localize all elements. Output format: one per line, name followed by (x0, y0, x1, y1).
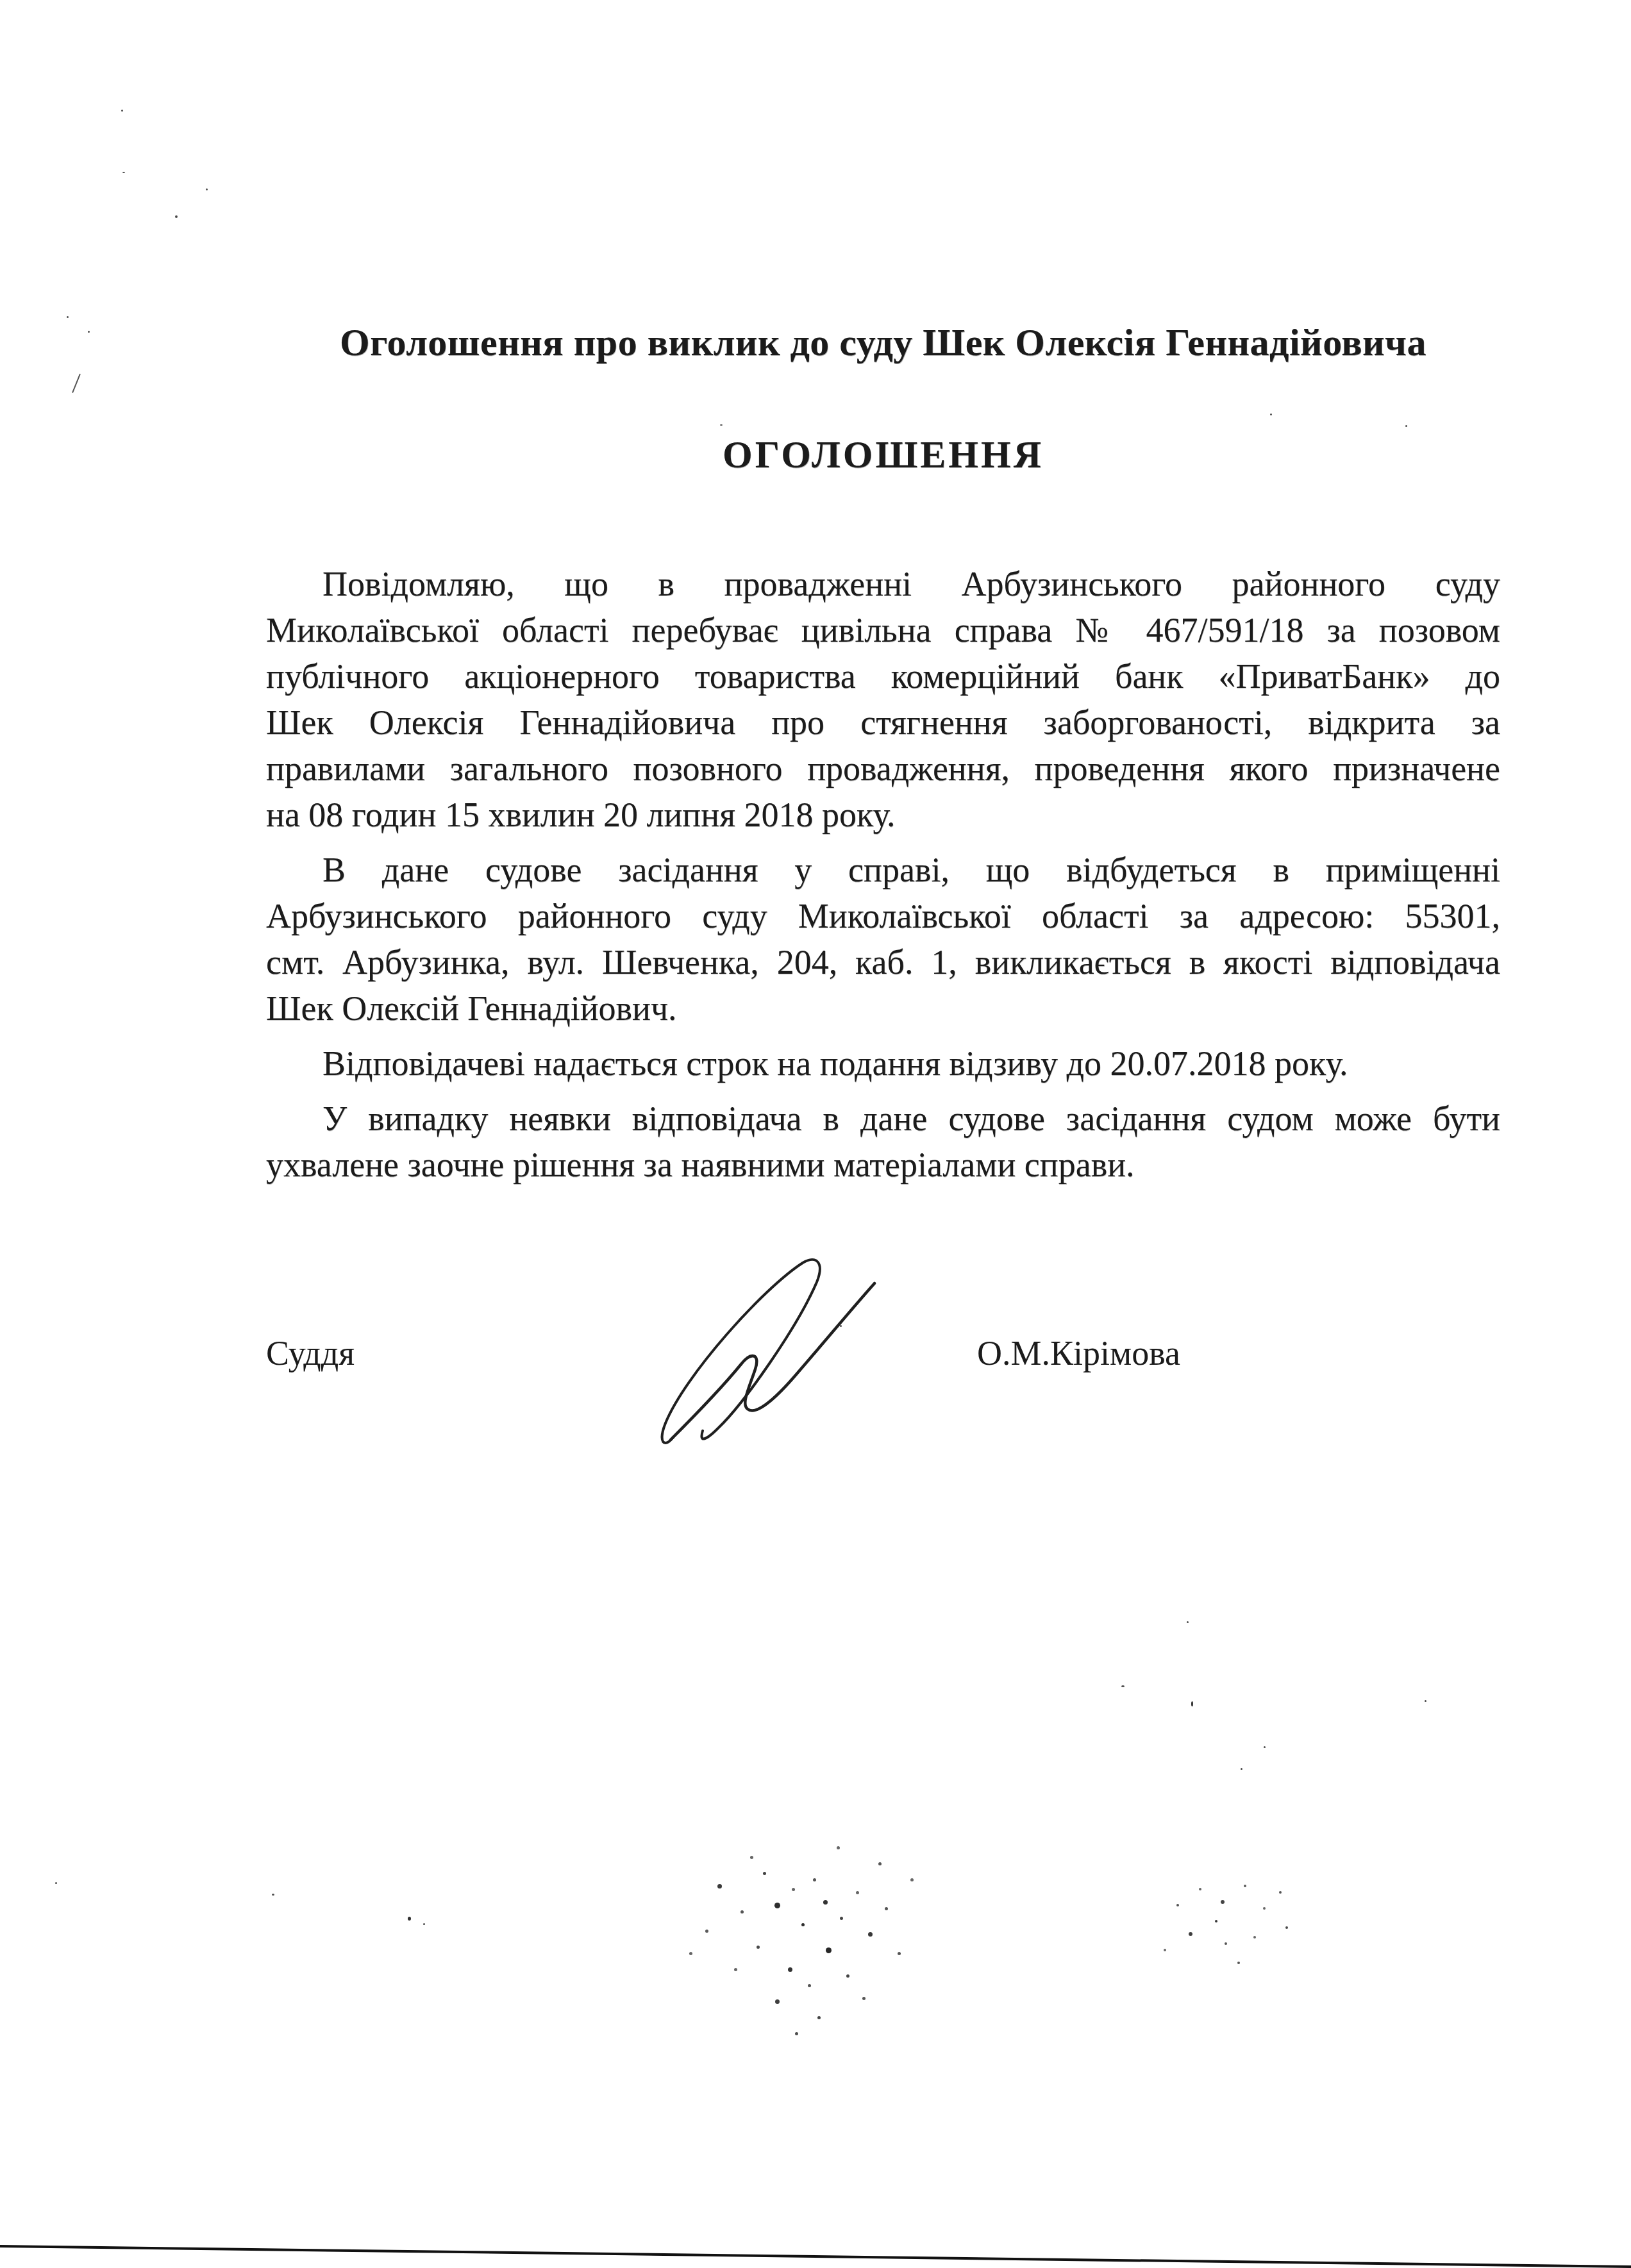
paragraph: В дане судове засідання у справі, що від… (266, 847, 1500, 1031)
scan-speck (1187, 1621, 1189, 1623)
text-line: ухвалене заочне рішення за наявними мате… (266, 1142, 1500, 1188)
judge-role-label: Суддя (266, 1330, 355, 1376)
scan-speck (840, 1325, 842, 1327)
text-line: Відповідачеві надається строк на подання… (266, 1040, 1500, 1087)
document-title: Оголошення про виклик до суду Шек Олексі… (266, 319, 1500, 365)
scan-speck (122, 172, 125, 173)
paragraph: Відповідачеві надається строк на подання… (266, 1040, 1500, 1087)
scanned-court-document: Оголошення про виклик до суду Шек Олексі… (0, 0, 1631, 2268)
text-line: У випадку неявки відповідача в дане судо… (266, 1096, 1500, 1142)
paragraph: Повідомляю, що в провадженні Арбузинсько… (266, 561, 1500, 838)
scan-speck (1241, 1768, 1242, 1770)
scan-speck (1121, 1685, 1125, 1687)
document-text-column: Оголошення про виклик до суду Шек Олексі… (266, 319, 1500, 1376)
scan-speck (408, 1917, 411, 1921)
scan-speck (67, 316, 69, 318)
scan-speck (175, 215, 178, 218)
scan-speck (121, 110, 123, 112)
document-heading: ОГОЛОШЕННЯ (266, 431, 1500, 478)
text-line: Повідомляю, що в провадженні Арбузинсько… (266, 561, 1500, 607)
scan-speck (88, 331, 90, 333)
scan-speck (1425, 1700, 1426, 1702)
scan-speck (423, 1923, 425, 1925)
document-body: Повідомляю, що в провадженні Арбузинсько… (266, 561, 1500, 1188)
text-line: Шек Олексій Геннадійович. (266, 985, 1500, 1031)
scan-smudge-cluster (801, 1923, 805, 1926)
scan-speck (1191, 1701, 1193, 1706)
scan-speck (1270, 413, 1272, 415)
scan-speck (720, 424, 723, 426)
paragraph: У випадку неявки відповідача в дане судо… (266, 1096, 1500, 1188)
scan-speck (1264, 1746, 1266, 1748)
text-line: В дане судове засідання у справі, що від… (266, 847, 1500, 893)
scan-speck (272, 1894, 274, 1896)
text-line: Арбузинського районного суду Миколаївськ… (266, 893, 1500, 939)
text-line: Миколаївської області перебуває цивільна… (266, 607, 1500, 653)
judge-name: О.М.Кірімова (977, 1330, 1180, 1376)
text-line: правилами загального позовного проваджен… (266, 746, 1500, 792)
text-line: публічного акціонерного товариства комер… (266, 653, 1500, 699)
scan-speck (1405, 425, 1407, 427)
text-line: Шек Олексія Геннадійовича про стягнення … (266, 699, 1500, 746)
judge-signature-icon (654, 1256, 898, 1468)
text-line: смт. Арбузинка, вул. Шевченка, 204, каб.… (266, 939, 1500, 985)
text-line: на 08 годин 15 хвилин 20 липня 2018 року… (266, 792, 1500, 838)
paper-edge-line (0, 2241, 1631, 2268)
scan-speck (206, 188, 208, 190)
scan-speck (55, 1882, 57, 1884)
scan-smudge-cluster (1215, 1920, 1217, 1922)
scan-mark (72, 374, 81, 393)
